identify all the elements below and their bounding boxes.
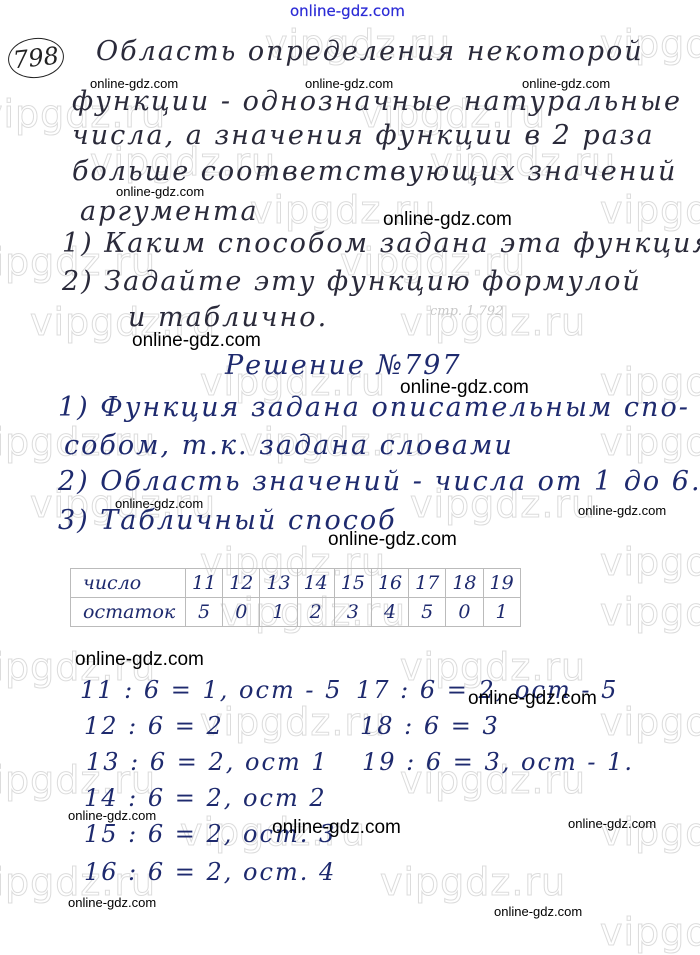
table-row-remainders: остаток 5 0 1 2 3 4 5 0 1 (71, 598, 521, 627)
table-cell: 16 (371, 569, 408, 598)
table-cell: 17 (409, 569, 446, 598)
table-cell: 0 (223, 598, 260, 627)
overlay-watermark: online-gdz.com (115, 496, 203, 511)
bg-watermark: vipgdz.ru (600, 590, 700, 634)
overlay-watermark: online-gdz.com (383, 209, 512, 231)
table-cell: 13 (260, 569, 297, 598)
homework-page: vipgdz.ru vipgdz.ru vipgdz.ru vipgdz.ru … (0, 0, 700, 955)
faint-page-note: стр. 1 792 (430, 304, 503, 319)
bg-watermark: vipgdz.ru (600, 188, 700, 232)
row-label: остаток (71, 598, 186, 627)
task-statement-line: Область определения некоторой (96, 36, 644, 67)
table-cell: 4 (371, 598, 408, 627)
computation-line: 12 : 6 = 2 (84, 712, 224, 740)
top-watermark: online-gdz.com (290, 2, 405, 20)
bg-watermark: vipgdz.ru (600, 910, 700, 954)
remainder-table: число 11 12 13 14 15 16 17 18 19 остаток… (70, 568, 521, 627)
task-question: и таблично. (128, 302, 328, 333)
bg-watermark: vipgdz.ru (600, 420, 700, 464)
task-statement-line: аргумента (80, 196, 259, 227)
solution-line: собом, т.к. задана словами (64, 430, 514, 461)
overlay-watermark: online-gdz.com (400, 377, 529, 399)
overlay-watermark: online-gdz.com (468, 688, 597, 710)
table-cell: 14 (297, 569, 334, 598)
overlay-watermark: online-gdz.com (328, 529, 457, 551)
overlay-watermark: online-gdz.com (522, 76, 610, 91)
overlay-watermark: online-gdz.com (116, 184, 204, 199)
computation-line: 13 : 6 = 2, ост 1 (86, 748, 329, 776)
solution-line: 1) Функция задана описательным спо- (58, 392, 690, 423)
table-cell: 5 (186, 598, 223, 627)
computation-line: 19 : 6 = 3, ост - 1. (362, 748, 634, 776)
task-question: 1) Каким способом задана эта функция? (62, 228, 700, 259)
table-row-numbers: число 11 12 13 14 15 16 17 18 19 (71, 569, 521, 598)
overlay-watermark: online-gdz.com (272, 817, 401, 839)
bg-watermark: vipgdz.ru (600, 540, 700, 584)
table-cell: 12 (223, 569, 260, 598)
table-cell: 5 (409, 598, 446, 627)
table-cell: 15 (334, 569, 371, 598)
table-cell: 1 (260, 598, 297, 627)
table-cell: 2 (297, 598, 334, 627)
table-cell: 1 (483, 598, 520, 627)
overlay-watermark: online-gdz.com (568, 816, 656, 831)
overlay-watermark: online-gdz.com (305, 76, 393, 91)
bg-watermark: vipgdz.ru (380, 860, 566, 904)
bg-watermark: vipgdz.ru (200, 700, 386, 744)
table-cell: 19 (483, 569, 520, 598)
overlay-watermark: online-gdz.com (132, 330, 261, 352)
task-question: 2) Задайте эту функцию формулой (62, 266, 642, 297)
overlay-watermark: online-gdz.com (75, 649, 204, 671)
row-label: число (71, 569, 186, 598)
overlay-watermark: online-gdz.com (90, 76, 178, 91)
table-cell: 3 (334, 598, 371, 627)
table-cell: 11 (186, 569, 223, 598)
computation-line: 16 : 6 = 2, ост. 4 (84, 858, 336, 886)
overlay-watermark: online-gdz.com (68, 808, 156, 823)
task-number-badge: 798 (6, 35, 66, 81)
computation-line: 11 : 6 = 1, ост - 5 (80, 676, 342, 704)
overlay-watermark: online-gdz.com (578, 503, 666, 518)
computation-line: 18 : 6 = 3 (360, 712, 500, 740)
table-cell: 0 (446, 598, 483, 627)
solution-line: 2) Область значений - числа от 1 до 6. (58, 466, 700, 497)
overlay-watermark: online-gdz.com (494, 904, 582, 919)
overlay-watermark: online-gdz.com (68, 895, 156, 910)
bg-watermark: vipgdz.ru (600, 700, 700, 744)
task-statement-line: числа, а значения функции в 2 раза (72, 120, 655, 151)
table-cell: 18 (446, 569, 483, 598)
task-statement-line: больше соответствующих значений (72, 156, 677, 187)
